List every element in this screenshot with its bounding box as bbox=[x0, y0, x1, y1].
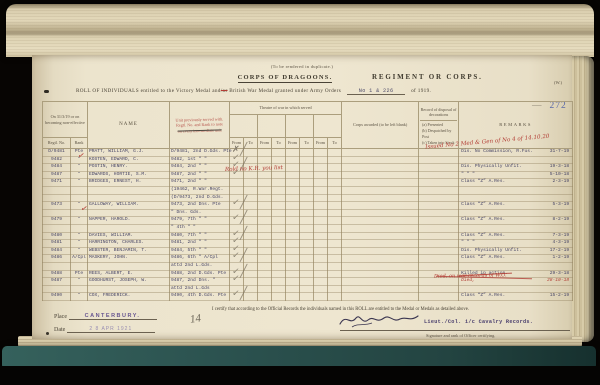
cell-theatre bbox=[286, 278, 300, 286]
cell-corps-awarded bbox=[342, 293, 419, 301]
cell-name bbox=[88, 194, 170, 202]
cell-name: GALLOWAY, WILLIAM. bbox=[88, 202, 170, 210]
cell-theatre: ╱ bbox=[244, 293, 258, 301]
cell-regtl-no: 9487 bbox=[43, 171, 71, 179]
roll-row: 9479 ″ NAPPER, HAROLD. 9479, 7th ″ ″ ✓ ╱… bbox=[43, 217, 573, 225]
remark-text: Dis. No Commission, R.Fus. bbox=[461, 150, 533, 155]
remark-date: 1-2-19 bbox=[553, 256, 570, 261]
cell-theatre bbox=[286, 156, 300, 164]
cell-name: COX, FREDERICK. bbox=[88, 293, 170, 301]
cell-regtl-no bbox=[43, 285, 71, 293]
cell-theatre bbox=[314, 255, 328, 263]
roll-row: 9482 ″ KOSTEN, EDWARD, C. 9482, 1st ″ ″ … bbox=[43, 156, 573, 164]
remark-date: 31-7-19 bbox=[550, 150, 569, 155]
cell-disposal bbox=[419, 224, 459, 232]
cell-name: MASKERY, JOHN. bbox=[88, 255, 170, 263]
cell-theatre bbox=[258, 278, 272, 286]
cell-corps-awarded bbox=[342, 262, 419, 270]
cell-theatre bbox=[272, 149, 286, 157]
cell-theatre: ╱ bbox=[244, 202, 258, 210]
cell-theatre bbox=[258, 171, 272, 179]
cell-name: PRATT, WILLIAM, G.J. bbox=[88, 149, 170, 157]
cell-corps-awarded bbox=[342, 209, 419, 217]
regiment-or-corps-label: REGIMENT OR CORPS. bbox=[372, 73, 552, 81]
cell-disposal bbox=[419, 186, 459, 194]
cell-theatre bbox=[314, 224, 328, 232]
cell-theatre bbox=[300, 179, 314, 187]
cell-name: POSTIN, HENRY. bbox=[88, 164, 170, 172]
cell-corps-awarded bbox=[342, 217, 419, 225]
col-header-rank: Rank bbox=[71, 138, 88, 149]
cell-corps-awarded bbox=[342, 232, 419, 240]
cell-unit: 9480, 7th ″ ″ bbox=[170, 232, 230, 240]
cell-theatre bbox=[328, 293, 342, 301]
roll-row: D/9481 Pte PRATT, WILLIAM, G.J. D/9481, … bbox=[43, 149, 573, 157]
date-row: Date 2 8 APR 1921 bbox=[54, 326, 155, 333]
cell-remarks: ″ ″ ″ 5-10-18 bbox=[459, 171, 573, 179]
cell-theatre bbox=[286, 285, 300, 293]
cell-theatre bbox=[300, 255, 314, 263]
cell-medal-check: ✓ bbox=[230, 278, 244, 286]
pencil-slash: ╱ bbox=[240, 211, 247, 223]
cell-theatre bbox=[286, 149, 300, 157]
cell-theatre bbox=[286, 293, 300, 301]
cell-remarks: Class “Z” A.Res. 2-3-19 bbox=[459, 179, 573, 187]
theatre-group-1 bbox=[230, 115, 258, 138]
cell-corps-awarded bbox=[342, 240, 419, 248]
cell-unit: 9479, 7th ″ ″ bbox=[170, 217, 230, 225]
col-header-name: NAME bbox=[88, 102, 170, 149]
cell-regtl-no: 9486 bbox=[43, 255, 71, 263]
cell-corps-awarded bbox=[342, 186, 419, 194]
to-label: To bbox=[300, 138, 314, 149]
pencil-tick: ✓ bbox=[232, 290, 240, 300]
form-reference: (W.) bbox=[554, 80, 562, 85]
cell-theatre bbox=[314, 270, 328, 278]
cell-name: NAPPER, HAROLD. bbox=[88, 217, 170, 225]
cell-disposal bbox=[419, 255, 459, 263]
col-header-unit-stamp: Unit previously served with. Regtl. No. … bbox=[170, 102, 230, 149]
place-stamp: CANTERBURY. bbox=[85, 313, 141, 319]
cell-regtl-no: 9484 bbox=[43, 164, 71, 172]
pencil-tick: ✓ bbox=[232, 214, 240, 224]
cell-theatre bbox=[272, 247, 286, 255]
cell-theatre bbox=[300, 262, 314, 270]
cell-theatre bbox=[272, 156, 286, 164]
cell-corps-awarded bbox=[342, 149, 419, 157]
cell-theatre bbox=[286, 209, 300, 217]
cell-regtl-no: 9484 bbox=[43, 247, 71, 255]
cell-disposal bbox=[419, 232, 459, 240]
cell-disposal bbox=[419, 285, 459, 293]
cell-theatre bbox=[258, 209, 272, 217]
cell-regtl-no: 9479 bbox=[43, 217, 71, 225]
cell-theatre bbox=[314, 149, 328, 157]
remark-date: 5-3-19 bbox=[553, 203, 570, 208]
cell-rank: ″ bbox=[71, 171, 88, 179]
remark-date: 17-2-19 bbox=[550, 249, 569, 254]
cell-theatre bbox=[314, 278, 328, 286]
roll-text-1: ROLL OF INDIVIDUALS entitled to the Vict… bbox=[76, 88, 221, 94]
cell-theatre bbox=[258, 232, 272, 240]
cell-theatre bbox=[286, 171, 300, 179]
cell-disposal bbox=[419, 209, 459, 217]
pencil-tick: ✓ bbox=[232, 275, 240, 285]
roll-text-2: British War Medal granted under Army Ord… bbox=[229, 88, 341, 94]
cell-theatre bbox=[314, 247, 328, 255]
roll-row: 9487 ″ EDWARDS, HORTIE, S.M. 9487, 2nd ″… bbox=[43, 171, 573, 179]
pencil-slash: ╱ bbox=[240, 143, 247, 155]
cell-corps-awarded bbox=[342, 285, 419, 293]
cell-theatre bbox=[314, 285, 328, 293]
roll-row: 9471 ″ BRIDGES, ERNEST, H. 9471, 2nd ″ ″… bbox=[43, 179, 573, 187]
cell-disposal bbox=[419, 164, 459, 172]
cell-remarks: Dis. Physically Unfit. 19-3-18 bbox=[459, 164, 573, 172]
cell-theatre bbox=[328, 164, 342, 172]
cell-remarks: ″ ″ ″ 4-3-19 bbox=[459, 240, 573, 248]
cell-remarks bbox=[459, 209, 573, 217]
photo-of-medal-roll-book: (To be rendered in duplicate.) CORPS OF … bbox=[0, 0, 600, 385]
cell-theatre bbox=[286, 186, 300, 194]
cell-theatre bbox=[328, 278, 342, 286]
cell-name bbox=[88, 224, 170, 232]
ink-dot bbox=[46, 332, 49, 335]
cell-theatre bbox=[328, 209, 342, 217]
cell-name: WEBSTER, BENJAMIN, T. bbox=[88, 247, 170, 255]
cell-unit: (19462, R.War.Regt. bbox=[170, 186, 230, 194]
cell-theatre bbox=[314, 179, 328, 187]
cell-remarks bbox=[459, 262, 573, 270]
cell-theatre bbox=[258, 270, 272, 278]
cell-theatre bbox=[314, 209, 328, 217]
place-label: Place bbox=[54, 314, 67, 320]
date-label: Date bbox=[54, 327, 65, 333]
pencil-slash: ╱ bbox=[240, 249, 247, 261]
medal-roll-page: (To be rendered in duplicate.) CORPS OF … bbox=[32, 55, 572, 339]
cell-theatre bbox=[258, 149, 272, 157]
roll-row: 9484 ″ WEBSTER, BENJAMIN, T. 9484, 5th ″… bbox=[43, 247, 573, 255]
cell-disposal bbox=[419, 179, 459, 187]
cell-remarks: Dis. No Commission, R.Fus. 31-7-19 bbox=[459, 149, 573, 157]
cell-unit: 9473, 2nd Dns. Pte bbox=[170, 202, 230, 210]
cell-regtl-no bbox=[43, 262, 71, 270]
cell-theatre bbox=[244, 278, 258, 286]
cell-theatre bbox=[314, 262, 328, 270]
cell-theatre bbox=[272, 194, 286, 202]
cell-theatre bbox=[300, 278, 314, 286]
roll-row: 9481 ″ HARRINGTON, CHARLES. 9481, 2nd ″ … bbox=[43, 240, 573, 248]
cell-theatre bbox=[300, 285, 314, 293]
cell-rank: ″ bbox=[71, 164, 88, 172]
cell-theatre bbox=[328, 202, 342, 210]
cell-theatre bbox=[300, 240, 314, 248]
cell-theatre bbox=[300, 171, 314, 179]
roll-row: 9480 ″ DAVIES, WILLIAM. 9480, 7th ″ ″ ✓ … bbox=[43, 232, 573, 240]
cell-theatre bbox=[286, 240, 300, 248]
cell-regtl-no bbox=[43, 224, 71, 232]
cell-theatre bbox=[328, 217, 342, 225]
cell-disposal bbox=[419, 156, 459, 164]
cell-remarks: Class “Z” A.Res. 5-3-19 bbox=[459, 202, 573, 210]
cell-theatre bbox=[272, 179, 286, 187]
cell-medal-check bbox=[230, 186, 244, 194]
cell-corps-awarded bbox=[342, 156, 419, 164]
cell-theatre bbox=[300, 164, 314, 172]
cell-unit: 9482, 1st ″ ″ bbox=[170, 156, 230, 164]
cell-theatre bbox=[300, 149, 314, 157]
corps-title: CORPS OF DRAGOONS. bbox=[200, 74, 370, 81]
cell-regtl-no: 9482 bbox=[43, 156, 71, 164]
cell-theatre bbox=[286, 179, 300, 187]
cell-remarks bbox=[459, 156, 573, 164]
cell-theatre: ╱ bbox=[244, 217, 258, 225]
cell-theatre bbox=[258, 285, 272, 293]
roll-row: 9484 ″ POSTIN, HENRY. 9484, 2nd ″ ″ ✓ ╱ … bbox=[43, 164, 573, 172]
army-orders-number: No 1 & 226 bbox=[347, 88, 406, 95]
cell-regtl-no: 9480 bbox=[43, 232, 71, 240]
cell-rank: ″ bbox=[71, 217, 88, 225]
cell-name: HARRINGTON, CHARLES. bbox=[88, 240, 170, 248]
cell-theatre bbox=[258, 156, 272, 164]
cell-theatre bbox=[286, 202, 300, 210]
cell-remarks bbox=[459, 224, 573, 232]
cell-theatre: ╱ bbox=[244, 232, 258, 240]
cell-theatre bbox=[300, 270, 314, 278]
cell-remarks: Class “Z” A.Res. 7-3-19 bbox=[459, 232, 573, 240]
theatre-group-2 bbox=[258, 115, 286, 138]
cell-disposal bbox=[419, 293, 459, 301]
cell-corps-awarded bbox=[342, 194, 419, 202]
cell-theatre bbox=[286, 194, 300, 202]
cell-theatre bbox=[300, 293, 314, 301]
cell-theatre bbox=[328, 247, 342, 255]
cell-theatre bbox=[300, 232, 314, 240]
cell-remarks: Class “Z” A.Res. 8-2-19 bbox=[459, 217, 573, 225]
to-label: To bbox=[328, 138, 342, 149]
cell-regtl-no: 9488 bbox=[43, 270, 71, 278]
cell-name: BRIDGES, ERNEST, H. bbox=[88, 179, 170, 187]
cell-unit: 9490, 4th D.Gds. Pte bbox=[170, 293, 230, 301]
cell-rank: ″ bbox=[71, 232, 88, 240]
cell-theatre bbox=[258, 217, 272, 225]
cell-theatre bbox=[328, 171, 342, 179]
cell-theatre bbox=[258, 224, 272, 232]
remark-text: ″ ″ ″ bbox=[461, 241, 475, 246]
cell-name bbox=[88, 209, 170, 217]
cell-corps-awarded bbox=[342, 171, 419, 179]
cell-theatre bbox=[314, 240, 328, 248]
cell-corps-awarded bbox=[342, 164, 419, 172]
cell-name: GOODHURST, JOSEPH, W. bbox=[88, 278, 170, 286]
cell-corps-awarded bbox=[342, 179, 419, 187]
cell-theatre bbox=[272, 285, 286, 293]
cell-disposal bbox=[419, 240, 459, 248]
pencil-slash: ╱ bbox=[240, 196, 247, 208]
roll-table-wrapper: On 31/3/19 or on becoming non-effective … bbox=[42, 101, 572, 301]
cell-unit: attd 2nd L.Gds bbox=[170, 285, 230, 293]
cell-regtl-no bbox=[43, 209, 71, 217]
cell-theatre bbox=[300, 186, 314, 194]
theatre-group-3 bbox=[286, 115, 314, 138]
cell-theatre bbox=[300, 194, 314, 202]
pencil-slash: ╱ bbox=[240, 287, 247, 299]
cell-theatre bbox=[272, 270, 286, 278]
cell-theatre bbox=[328, 224, 342, 232]
cell-theatre bbox=[258, 255, 272, 263]
roll-row: 9486 A/Cpl MASKERY, JOHN. 9486, 6th ″ A/… bbox=[43, 255, 573, 263]
ink-blot bbox=[44, 90, 49, 93]
cell-theatre bbox=[314, 217, 328, 225]
cell-theatre bbox=[272, 171, 286, 179]
cell-theatre bbox=[244, 171, 258, 179]
cell-unit: D/9481, 2nd D.Gds. Pte bbox=[170, 149, 230, 157]
cell-theatre bbox=[286, 217, 300, 225]
cell-theatre: ╱ bbox=[244, 270, 258, 278]
cell-theatre: ╱ bbox=[244, 149, 258, 157]
cell-corps-awarded bbox=[342, 278, 419, 286]
cell-theatre bbox=[286, 224, 300, 232]
cell-theatre bbox=[272, 209, 286, 217]
cell-theatre bbox=[272, 240, 286, 248]
book-page-edges-top bbox=[6, 4, 594, 57]
cell-regtl-no bbox=[43, 194, 71, 202]
cell-rank: A/Cpl bbox=[71, 255, 88, 263]
cell-name bbox=[88, 285, 170, 293]
cell-theatre bbox=[328, 194, 342, 202]
cell-disposal bbox=[419, 194, 459, 202]
cell-unit: 9487, 2nd ″ ″ bbox=[170, 171, 230, 179]
cell-theatre bbox=[272, 202, 286, 210]
cell-rank: ″ bbox=[71, 179, 88, 187]
cell-theatre bbox=[272, 224, 286, 232]
cell-theatre bbox=[258, 262, 272, 270]
disposal-title: Record of disposal of decorations bbox=[420, 105, 457, 122]
cell-regtl-no: 9471 bbox=[43, 179, 71, 187]
roll-title-line: ROLL OF INDIVIDUALS entitled to the Vict… bbox=[76, 88, 576, 94]
cell-theatre bbox=[314, 171, 328, 179]
cell-theatre bbox=[300, 156, 314, 164]
col-header-regtl-no: Regtl. No. bbox=[43, 138, 71, 149]
certifying-officer-rank: Lieut./Col. i/c Cavalry Records. bbox=[424, 319, 533, 325]
cell-name: REES, ALBERT, E. bbox=[88, 270, 170, 278]
remark-date: 7-3-19 bbox=[553, 234, 570, 239]
pencil-tick: ✓ bbox=[232, 199, 240, 209]
cell-theatre bbox=[314, 202, 328, 210]
cell-rank: Pte bbox=[71, 270, 88, 278]
remark-text: Class “Z” A.Res. bbox=[461, 203, 505, 208]
cell-unit: attd 2nd L.Gds. bbox=[170, 262, 230, 270]
cell-rank bbox=[71, 224, 88, 232]
cell-theatre bbox=[328, 186, 342, 194]
cell-name: EDWARDS, HORTIE, S.M. bbox=[88, 171, 170, 179]
cell-theatre bbox=[286, 255, 300, 263]
remark-date: 5-10-18 bbox=[550, 173, 569, 178]
cell-corps-awarded bbox=[342, 202, 419, 210]
cell-remarks: Dis. Physically Unfit. 17-2-19 bbox=[459, 247, 573, 255]
to-label: To bbox=[272, 138, 286, 149]
roll-row: ″ 4th ″ ″ bbox=[43, 224, 573, 232]
pencil-number: 14 bbox=[189, 312, 202, 325]
cell-theatre bbox=[300, 224, 314, 232]
cell-theatre bbox=[328, 262, 342, 270]
cell-theatre bbox=[272, 262, 286, 270]
date-stamp: 2 8 APR 1921 bbox=[89, 326, 132, 332]
remark-text: ″ ″ ″ bbox=[461, 173, 475, 178]
pencil-slash: ╱ bbox=[240, 227, 247, 239]
cell-corps-awarded bbox=[342, 270, 419, 278]
roll-row: attd 2nd L.Gds bbox=[43, 285, 573, 293]
remark-date: 15-2-19 bbox=[550, 294, 569, 299]
cell-theatre bbox=[272, 217, 286, 225]
cell-corps-awarded bbox=[342, 255, 419, 263]
roll-row: attd 2nd L.Gds. bbox=[43, 262, 573, 270]
remark-text: Dis. Physically Unfit. bbox=[461, 165, 522, 170]
cell-theatre bbox=[286, 262, 300, 270]
cell-unit: 9487, 2nd Dns. ″ bbox=[170, 278, 230, 286]
cell-theatre bbox=[314, 293, 328, 301]
cell-theatre bbox=[300, 209, 314, 217]
roll-row: (D/9473, 2nd D.Gds. bbox=[43, 194, 573, 202]
cell-remarks: Class “Z” A.Res. 15-2-19 bbox=[459, 293, 573, 301]
roll-row: 9487 ″ GOODHURST, JOSEPH, W. 9487, 2nd D… bbox=[43, 278, 573, 286]
cell-theatre bbox=[328, 285, 342, 293]
pencil-slash: ╱ bbox=[240, 265, 247, 277]
cell-theatre bbox=[258, 194, 272, 202]
cell-disposal bbox=[419, 247, 459, 255]
cell-theatre bbox=[328, 179, 342, 187]
cell-theatre bbox=[258, 247, 272, 255]
signature-rule bbox=[340, 330, 570, 331]
remark-date: 4-3-19 bbox=[553, 241, 570, 246]
theatre-group-4 bbox=[314, 115, 342, 138]
cell-theatre bbox=[272, 293, 286, 301]
cell-theatre bbox=[328, 156, 342, 164]
cell-rank: ″ bbox=[71, 278, 88, 286]
roll-row: 9473 ″ GALLOWAY, WILLIAM. 9473, 2nd Dns.… bbox=[43, 202, 573, 210]
cell-theatre bbox=[328, 240, 342, 248]
cell-theatre bbox=[314, 232, 328, 240]
cell-theatre bbox=[272, 232, 286, 240]
cell-theatre bbox=[244, 240, 258, 248]
cell-theatre bbox=[314, 186, 328, 194]
cell-theatre bbox=[244, 186, 258, 194]
roll-row: 9490 ″ COX, FREDERICK. 9490, 4th D.Gds. … bbox=[43, 293, 573, 301]
col-header-corps-awarded: Corps awarded (to be left blank) bbox=[342, 102, 419, 149]
cell-name: KOSTEN, EDWARD, C. bbox=[88, 156, 170, 164]
remark-text: Class “Z” A.Res. bbox=[461, 180, 505, 185]
remark-text: Class “Z” A.Res. bbox=[461, 256, 505, 261]
cell-theatre bbox=[286, 247, 300, 255]
cell-regtl-no: 9481 bbox=[43, 240, 71, 248]
cell-disposal bbox=[419, 217, 459, 225]
cell-rank: ″ bbox=[71, 240, 88, 248]
remark-text: Class “Z” A.Res. bbox=[461, 218, 505, 223]
cell-theatre bbox=[272, 255, 286, 263]
cell-unit: 9484, 2nd ″ ″ bbox=[170, 164, 230, 172]
cell-rank: ″ bbox=[71, 247, 88, 255]
cell-disposal bbox=[419, 171, 459, 179]
place-row: Place CANTERBURY. bbox=[54, 313, 157, 320]
cell-unit: (D/9473, 2nd D.Gds. bbox=[170, 194, 230, 202]
cell-unit: ″ Dns. Gds. bbox=[170, 209, 230, 217]
cell-theatre bbox=[314, 156, 328, 164]
cell-theatre bbox=[300, 202, 314, 210]
remark-date: 2-3-19 bbox=[553, 180, 570, 185]
cell-unit: 9471, 2nd ″ ″ bbox=[170, 179, 230, 187]
cell-remarks bbox=[459, 194, 573, 202]
cell-regtl-no: 9487 bbox=[43, 278, 71, 286]
cell-name: DAVIES, WILLIAM. bbox=[88, 232, 170, 240]
